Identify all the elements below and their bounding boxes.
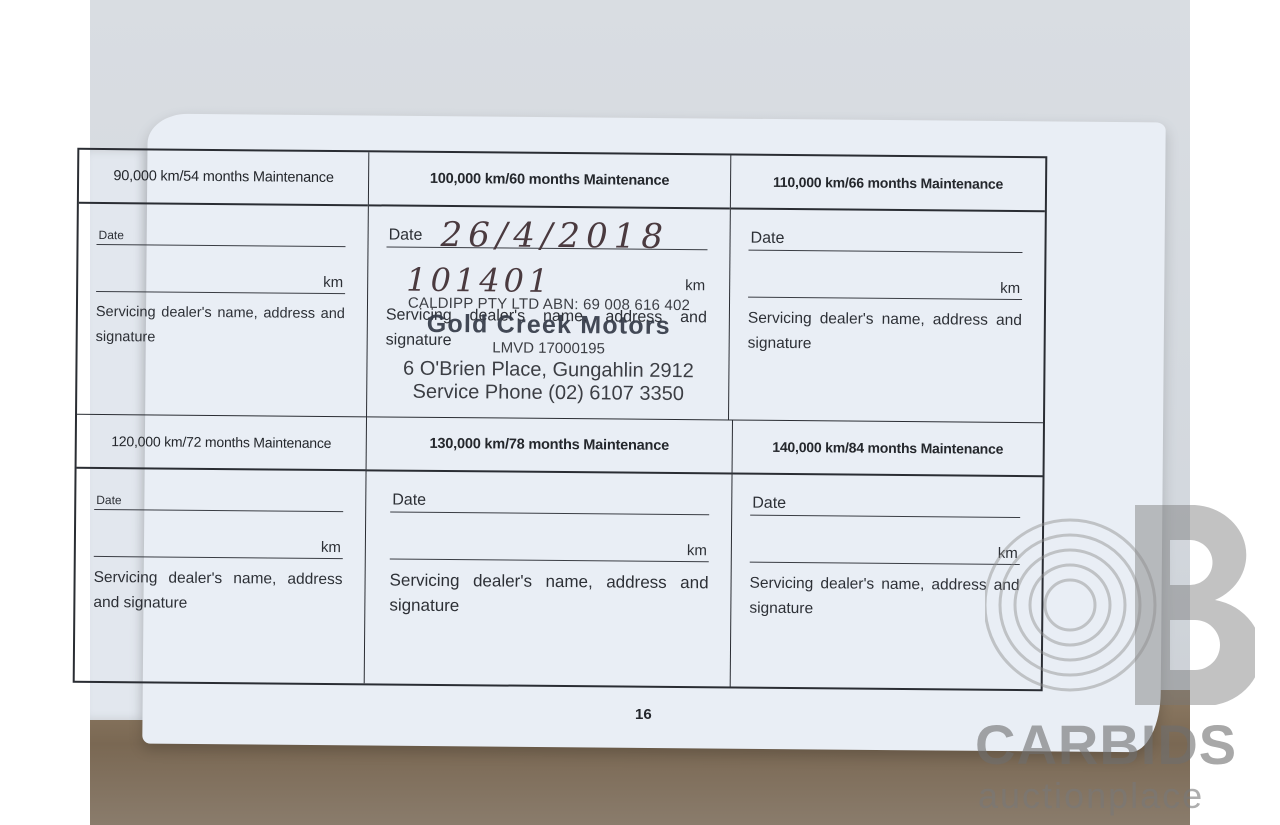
km-label: km [323, 274, 343, 291]
date-line: Date [97, 218, 346, 247]
stamp-phone: Service Phone (02) 6107 3350 [373, 380, 723, 406]
box-title: 110,000 km/66 months Maintenance [731, 155, 1045, 212]
watermark-tagline: auctionplace [978, 775, 1204, 817]
date-label: Date [389, 226, 423, 244]
maintenance-box-100000: 100,000 km/60 months Maintenance Date km… [367, 152, 731, 420]
dealer-label: Servicing dealer's name, address and sig… [749, 571, 1019, 623]
date-label: Date [752, 495, 786, 513]
date-label: Date [751, 230, 785, 248]
km-label: km [1000, 280, 1020, 297]
box-title: 130,000 km/78 months Maintenance [367, 417, 732, 474]
km-line: km [750, 536, 1020, 565]
date-line: Date [390, 486, 709, 516]
date-line: Date [748, 224, 1022, 253]
dealer-label: Servicing dealer's name, address and sig… [96, 300, 345, 352]
maintenance-box-110000: 110,000 km/66 months Maintenance Date km… [729, 155, 1045, 423]
stamp-address: 6 O'Brien Place, Gungahlin 2912 [373, 357, 723, 383]
km-line: km [748, 271, 1022, 300]
km-label: km [685, 277, 705, 294]
handwritten-date: 26/4/2018 [440, 215, 669, 257]
stamp-dealer-name: Gold Creek Motors [374, 309, 724, 341]
box-title: 100,000 km/60 months Maintenance [369, 152, 730, 209]
date-line: Date [94, 483, 343, 512]
dealer-stamp: CALDIPP PTY LTD ABN: 69 008 616 402 Gold… [373, 294, 724, 406]
stamp-lmvd: LMVD 17000195 [374, 338, 724, 358]
dealer-label: Servicing dealer's name, address and sig… [389, 568, 708, 621]
km-line: km [96, 265, 345, 294]
box-title: 120,000 km/72 months Maintenance [77, 415, 366, 472]
dealer-label: Servicing dealer's name, address and sig… [93, 565, 342, 617]
km-label: km [687, 542, 707, 559]
maintenance-box-130000: 130,000 km/78 months Maintenance Date km… [365, 417, 733, 686]
date-label: Date [392, 492, 426, 510]
date-line: Date [750, 489, 1020, 518]
maintenance-grid: 90,000 km/54 months Maintenance Date km … [73, 148, 1048, 691]
carbids-logo-icon [985, 505, 1255, 705]
maintenance-box-120000: 120,000 km/72 months Maintenance Date km… [75, 415, 367, 684]
watermark-brand: CARBIDS [975, 712, 1237, 777]
date-label: Date [99, 228, 124, 242]
date-label: Date [96, 493, 121, 507]
box-title: 140,000 km/84 months Maintenance [733, 421, 1043, 478]
box-title: 90,000 km/54 months Maintenance [79, 150, 368, 207]
dealer-label: Servicing dealer's name, address and sig… [748, 306, 1022, 358]
maintenance-box-90000: 90,000 km/54 months Maintenance Date km … [77, 150, 369, 418]
km-line: km [390, 533, 709, 563]
page-number: 16 [635, 706, 652, 723]
km-label: km [321, 539, 341, 556]
km-line: km [94, 530, 343, 559]
